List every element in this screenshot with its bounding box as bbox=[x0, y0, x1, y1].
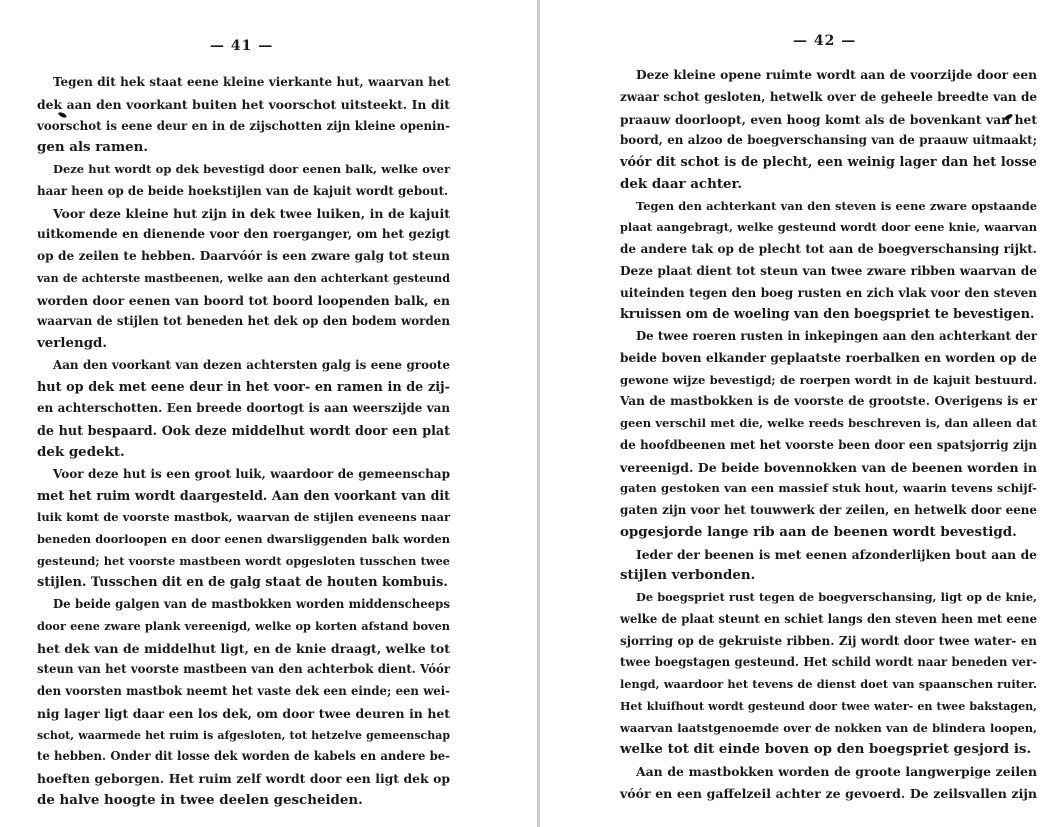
text-line: geen verschil met die, welke reeds besch… bbox=[620, 413, 1037, 435]
text-line: De boegspriet rust tegen de boegverschan… bbox=[620, 587, 1037, 609]
text-line: het dek van de middelhut ligt, en de kni… bbox=[37, 638, 450, 660]
text-line: verlengd. bbox=[37, 333, 450, 355]
text-line: door eene zware plank vereenigd, welke o… bbox=[37, 616, 450, 638]
text-line: stijlen verbonden. bbox=[620, 565, 1037, 587]
text-line: vóór dit schot is de plecht, een weinig … bbox=[620, 152, 1037, 174]
text-line: Het kluifhout wordt gesteund door twee w… bbox=[620, 696, 1037, 718]
text-line: de hut bespaard. Ook deze middelhut word… bbox=[37, 420, 450, 442]
text-line: twee boegstagen gesteund. Het schild wor… bbox=[620, 652, 1037, 674]
paragraph: De beide galgen van de mastbokken worden… bbox=[37, 594, 450, 812]
paragraph: Aan den voorkant van dezen achtersten ga… bbox=[37, 355, 450, 464]
text-line: de halve hoogte in twee deelen gescheide… bbox=[37, 790, 450, 812]
right-page-text: Deze kleine opene ruimte wordt aan de vo… bbox=[620, 65, 1037, 805]
paragraph: Deze kleine opene ruimte wordt aan de vo… bbox=[620, 65, 1037, 196]
page-number-left: — 41 — bbox=[210, 38, 273, 54]
page-number-right: — 42 — bbox=[793, 33, 856, 49]
paragraph: Aan de mastbokken worden de groote langw… bbox=[620, 761, 1037, 805]
text-line: gesteund; het voorste mastbeen wordt opg… bbox=[37, 551, 450, 573]
text-line: sjorring op de gekruiste ribben. Zij wor… bbox=[620, 631, 1037, 653]
text-line: Aan den voorkant van dezen achtersten ga… bbox=[37, 355, 450, 377]
text-line: dek gedekt. bbox=[37, 442, 450, 464]
text-line: gewone wijze bevestigd; de roerpen wordt… bbox=[620, 370, 1037, 392]
text-line: plaat aangebragt, welke gesteund wordt d… bbox=[620, 217, 1037, 239]
text-line: welke de plaat steunt en schiet langs de… bbox=[620, 609, 1037, 631]
text-line: uiteinden tegen den boeg rusten en zich … bbox=[620, 283, 1037, 305]
text-line: steun van het voorste mastbeen van den a… bbox=[37, 659, 450, 681]
text-line: dek daar achter. bbox=[620, 174, 1037, 196]
paragraph: Voor deze kleine hut zijn in dek twee lu… bbox=[37, 203, 450, 355]
text-line: welke tot dit einde boven op den boegspr… bbox=[620, 739, 1037, 761]
text-line: Van de mastbokken is de voorste de groot… bbox=[620, 391, 1037, 413]
text-line: nig lager ligt daar een los dek, om door… bbox=[37, 703, 450, 725]
text-line: De beide galgen van de mastbokken worden… bbox=[37, 594, 450, 616]
text-line: voorschot is eene deur en in de zijschot… bbox=[37, 116, 450, 138]
left-page: — 41 — Tegen dit hek staat eene kleine v… bbox=[0, 0, 537, 827]
paragraph: Tegen dit hek staat eene kleine vierkant… bbox=[37, 72, 450, 159]
paragraph: De twee roeren rusten in inkepingen aan … bbox=[620, 326, 1037, 544]
text-line: stijlen. Tusschen dit en de galg staat d… bbox=[37, 572, 450, 594]
text-line: praauw doorloopt, even hoog komt als de … bbox=[620, 109, 1037, 131]
paragraph: Tegen den achterkant van den steven is e… bbox=[620, 196, 1037, 327]
paragraph: De boegspriet rust tegen de boegverschan… bbox=[620, 587, 1037, 761]
paragraph: Ieder der beenen is met eenen afzonderli… bbox=[620, 544, 1037, 588]
text-line: gaten zijn voor het touwwerk der zeilen,… bbox=[620, 500, 1037, 522]
text-line: op de zeilen te hebben. Daarvóór is een … bbox=[37, 246, 450, 268]
left-page-text: Tegen dit hek staat eene kleine vierkant… bbox=[37, 72, 450, 812]
text-line: Voor deze kleine hut zijn in dek twee lu… bbox=[37, 203, 450, 225]
text-line: de andere tak op de plecht tot aan de bo… bbox=[620, 239, 1037, 261]
text-line: beneden doorloopen en door eenen dwarsli… bbox=[37, 529, 450, 551]
text-line: gaten gestoken van een massief stuk hout… bbox=[620, 478, 1037, 500]
text-line: en achterschotten. Een breede doortogt i… bbox=[37, 398, 450, 420]
text-line: boord, en alzoo de boegverschansing van … bbox=[620, 130, 1037, 152]
text-line: luik komt de voorste mastbok, waarvan de… bbox=[37, 507, 450, 529]
text-line: lengd, waardoor het tevens de dienst doe… bbox=[620, 674, 1037, 696]
text-line: opgesjorde lange rib aan de beenen wordt… bbox=[620, 522, 1037, 544]
text-line: te hebben. Onder dit losse dek worden de… bbox=[37, 746, 450, 768]
text-line: beide boven elkander geplaatste roerbalk… bbox=[620, 348, 1037, 370]
text-line: vóór en een gaffelzeil achter ze gevoerd… bbox=[620, 783, 1037, 805]
text-line: Voor deze hut is een groot luik, waardoo… bbox=[37, 464, 450, 486]
text-line: hut op dek met eene deur in het voor- en… bbox=[37, 377, 450, 399]
text-line: van de achterste mastbeenen, welke aan d… bbox=[37, 268, 450, 290]
text-line: den voorsten mastbok neemt het vaste dek… bbox=[37, 681, 450, 703]
text-line: waarvan de stijlen tot beneden het dek o… bbox=[37, 311, 450, 333]
paragraph: Voor deze hut is een groot luik, waardoo… bbox=[37, 464, 450, 595]
text-line: Deze hut wordt op dek bevestigd door een… bbox=[37, 159, 450, 181]
text-line: Aan de mastbokken worden de groote langw… bbox=[620, 761, 1037, 783]
right-page: — 42 — Deze kleine opene ruimte wordt aa… bbox=[540, 0, 1064, 827]
text-line: met het ruim wordt daargesteld. Aan den … bbox=[37, 485, 450, 507]
text-line: Deze plaat dient tot steun van twee zwar… bbox=[620, 261, 1037, 283]
text-line: dek aan den voorkant buiten het voorscho… bbox=[37, 94, 450, 116]
text-line: Tegen den achterkant van den steven is e… bbox=[620, 196, 1037, 218]
text-line: vereenigd. De beide bovennokken van de b… bbox=[620, 457, 1037, 479]
text-line: gen als ramen. bbox=[37, 137, 450, 159]
text-line: uitkomende en dienende voor den roergang… bbox=[37, 224, 450, 246]
text-line: waarvan laatstgenoemde over de nokken va… bbox=[620, 718, 1037, 740]
text-line: schot, waarmede het ruim is afgesloten, … bbox=[37, 725, 450, 747]
text-line: kruissen om de woeling van den boegsprie… bbox=[620, 304, 1037, 326]
text-line: haar heen op de beide hoekstijlen van de… bbox=[37, 181, 450, 203]
text-line: Deze kleine opene ruimte wordt aan de vo… bbox=[620, 65, 1037, 87]
text-line: De twee roeren rusten in inkepingen aan … bbox=[620, 326, 1037, 348]
text-line: Ieder der beenen is met eenen afzonderli… bbox=[620, 544, 1037, 566]
paragraph: Deze hut wordt op dek bevestigd door een… bbox=[37, 159, 450, 203]
text-line: zwaar schot gesloten, hetwelk over de ge… bbox=[620, 87, 1037, 109]
text-line: worden door eenen van boord tot boord lo… bbox=[37, 290, 450, 312]
text-line: Tegen dit hek staat eene kleine vierkant… bbox=[37, 72, 450, 94]
text-line: de hoofdbeenen met het voorste been door… bbox=[620, 435, 1037, 457]
text-line: hoeften geborgen. Het ruim zelf wordt do… bbox=[37, 768, 450, 790]
